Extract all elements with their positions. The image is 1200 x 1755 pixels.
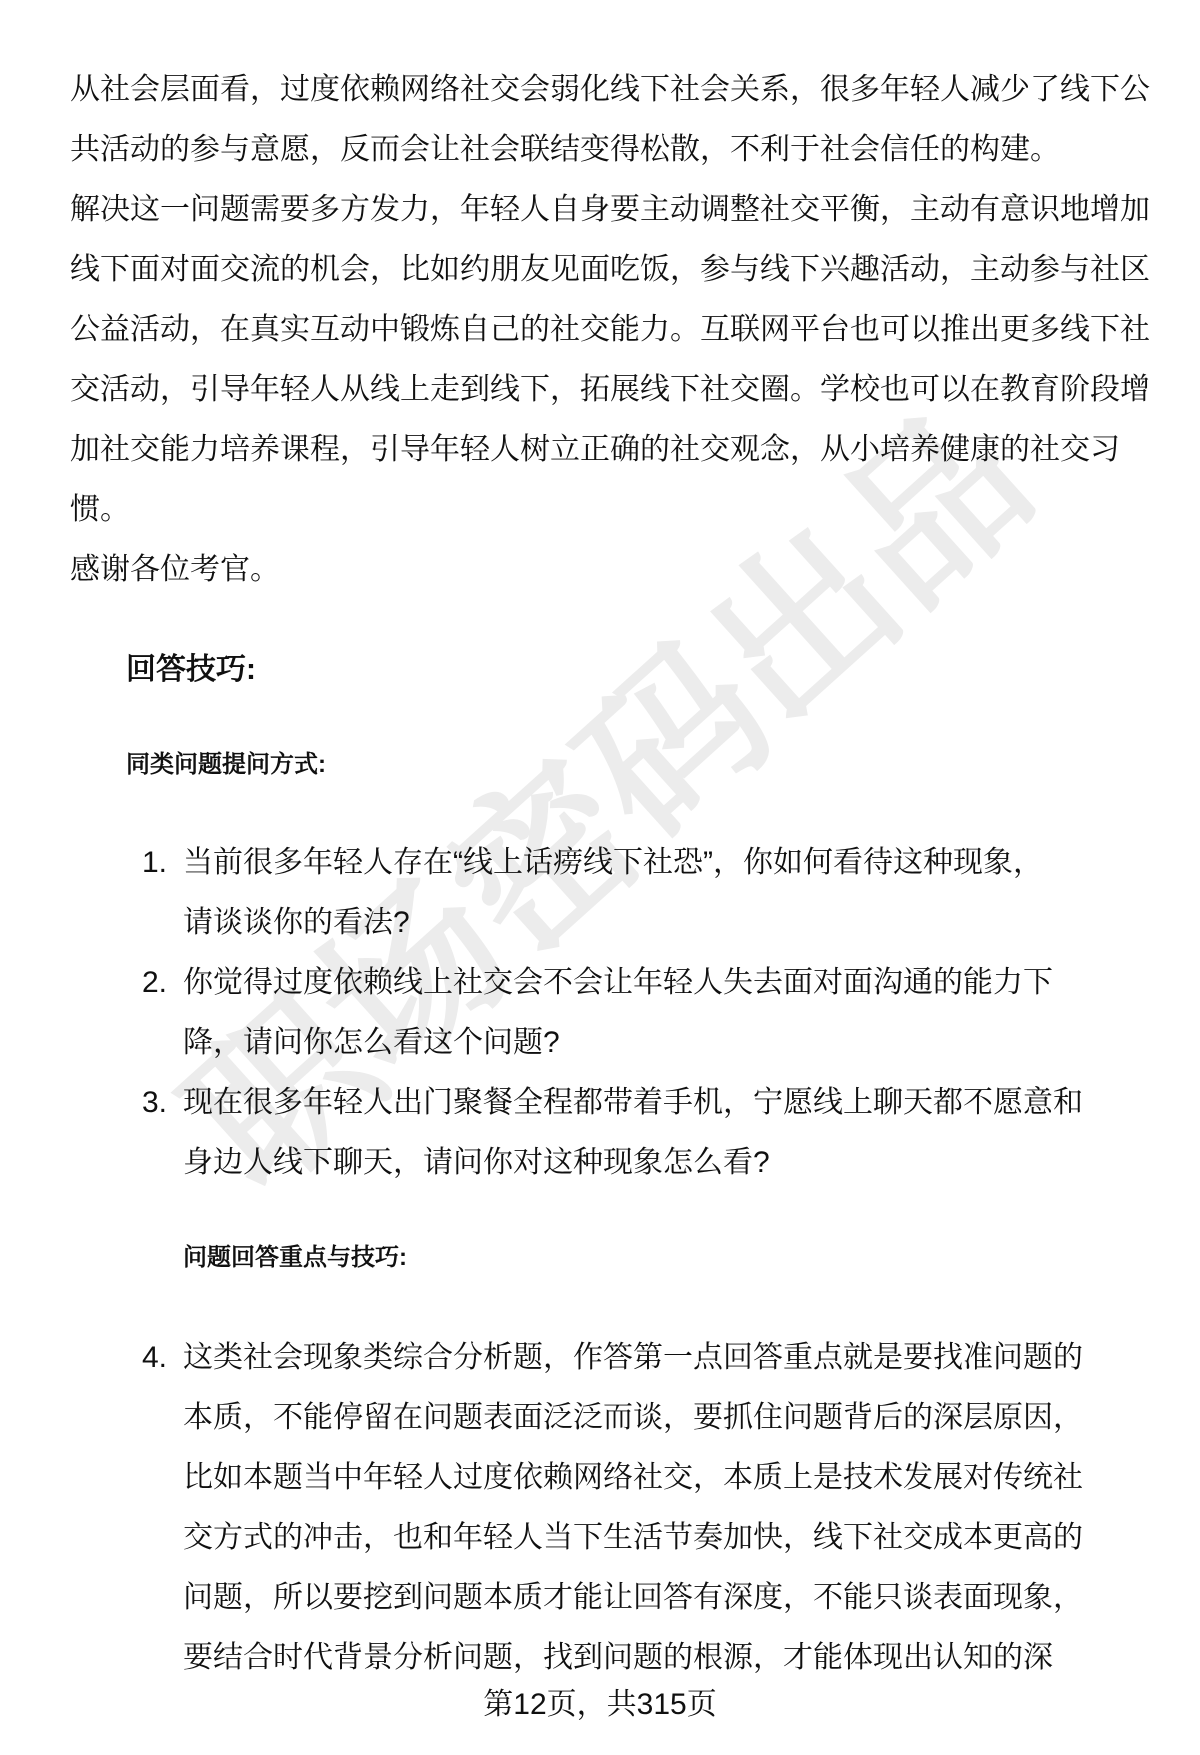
answer-text-line: 共活动的参与意愿，反而会让社会联结变得松散，不利于社会信任的构建。 [70, 120, 1150, 180]
tip-text-line: 要结合时代背景分析问题，找到问题的根源，才能体现出认知的深 [183, 1628, 1200, 1688]
question-number: 2. [142, 953, 167, 1013]
question-text-line: 降，请问你怎么看这个问题? [183, 1013, 1200, 1073]
question-text-line: 请谈谈你的看法? [183, 893, 1200, 953]
question-number: 3. [142, 1073, 167, 1133]
question-text-line: 身边人线下聊天，请问你对这种现象怎么看? [183, 1133, 1200, 1193]
question-text-line: 当前很多年轻人存在“线上话痨线下社恐”，你如何看待这种现象， [183, 833, 1200, 893]
question-number: 1. [142, 833, 167, 893]
page-content: 从社会层面看，过度依赖网络社交会弱化线下社会关系，很多年轻人减少了线下公共活动的… [0, 0, 1200, 1755]
question-item: 3.现在很多年轻人出门聚餐全程都带着手机，宁愿线上聊天都不愿意和身边人线下聊天，… [0, 1073, 1200, 1193]
answer-text-line: 感谢各位考官。 [70, 540, 1150, 600]
tip-item-number: 4. [142, 1328, 167, 1388]
answer-text-line: 解决这一问题需要多方发力，年轻人自身要主动调整社交平衡，主动有意识地增加 [70, 180, 1150, 240]
question-text: 你觉得过度依赖线上社交会不会让年轻人失去面对面沟通的能力下降，请问你怎么看这个问… [183, 953, 1200, 1073]
subheading-answer-key-points: 问题回答重点与技巧: [183, 1240, 407, 1276]
section-heading-answer-techniques: 回答技巧: [126, 650, 256, 690]
answer-text-line: 公益活动，在真实互动中锻炼自己的社交能力。互联网平台也可以推出更多线下社 [70, 300, 1150, 360]
answer-text-line: 加社交能力培养课程，引导年轻人树立正确的社交观念，从小培养健康的社交习 [70, 420, 1150, 480]
tip-text-line: 这类社会现象类综合分析题，作答第一点回答重点就是要找准问题的 [183, 1328, 1200, 1388]
question-list: 1.当前很多年轻人存在“线上话痨线下社恐”，你如何看待这种现象，请谈谈你的看法?… [0, 833, 1200, 1193]
question-item: 2.你觉得过度依赖线上社交会不会让年轻人失去面对面沟通的能力下降，请问你怎么看这… [0, 953, 1200, 1073]
subheading-similar-question-forms: 同类问题提问方式: [126, 747, 326, 783]
answer-text-line: 从社会层面看，过度依赖网络社交会弱化线下社会关系，很多年轻人减少了线下公 [70, 60, 1150, 120]
question-item: 1.当前很多年轻人存在“线上话痨线下社恐”，你如何看待这种现象，请谈谈你的看法? [0, 833, 1200, 953]
tip-text-line: 问题，所以要挖到问题本质才能让回答有深度，不能只谈表面现象， [183, 1568, 1200, 1628]
page-number-footer: 第12页，共315页 [0, 1688, 1200, 1722]
question-text-line: 现在很多年轻人出门聚餐全程都带着手机，宁愿线上聊天都不愿意和 [183, 1073, 1200, 1133]
document-page: 职场密码出品 从社会层面看，过度依赖网络社交会弱化线下社会关系，很多年轻人减少了… [0, 0, 1200, 1755]
tip-text-line: 本质，不能停留在问题表面泛泛而谈，要抓住问题背后的深层原因， [183, 1388, 1200, 1448]
tip-text-line: 交方式的冲击，也和年轻人当下生活节奏加快，线下社交成本更高的 [183, 1508, 1200, 1568]
question-text-line: 你觉得过度依赖线上社交会不会让年轻人失去面对面沟通的能力下 [183, 953, 1200, 1013]
tip-text-line: 比如本题当中年轻人过度依赖网络社交，本质上是技术发展对传统社 [183, 1448, 1200, 1508]
answer-text-line: 惯。 [70, 480, 1150, 540]
answer-text-line: 交活动，引导年轻人从线上走到线下，拓展线下社交圈。学校也可以在教育阶段增 [70, 360, 1150, 420]
question-text: 现在很多年轻人出门聚餐全程都带着手机，宁愿线上聊天都不愿意和身边人线下聊天，请问… [183, 1073, 1200, 1193]
question-text: 当前很多年轻人存在“线上话痨线下社恐”，你如何看待这种现象，请谈谈你的看法? [183, 833, 1200, 953]
tip-item: 4. 这类社会现象类综合分析题，作答第一点回答重点就是要找准问题的本质，不能停留… [0, 1328, 1200, 1688]
answer-text-line: 线下面对面交流的机会，比如约朋友见面吃饭，参与线下兴趣活动，主动参与社区 [70, 240, 1150, 300]
answer-paragraph: 从社会层面看，过度依赖网络社交会弱化线下社会关系，很多年轻人减少了线下公共活动的… [70, 60, 1150, 600]
tip-item-text: 这类社会现象类综合分析题，作答第一点回答重点就是要找准问题的本质，不能停留在问题… [183, 1328, 1200, 1688]
